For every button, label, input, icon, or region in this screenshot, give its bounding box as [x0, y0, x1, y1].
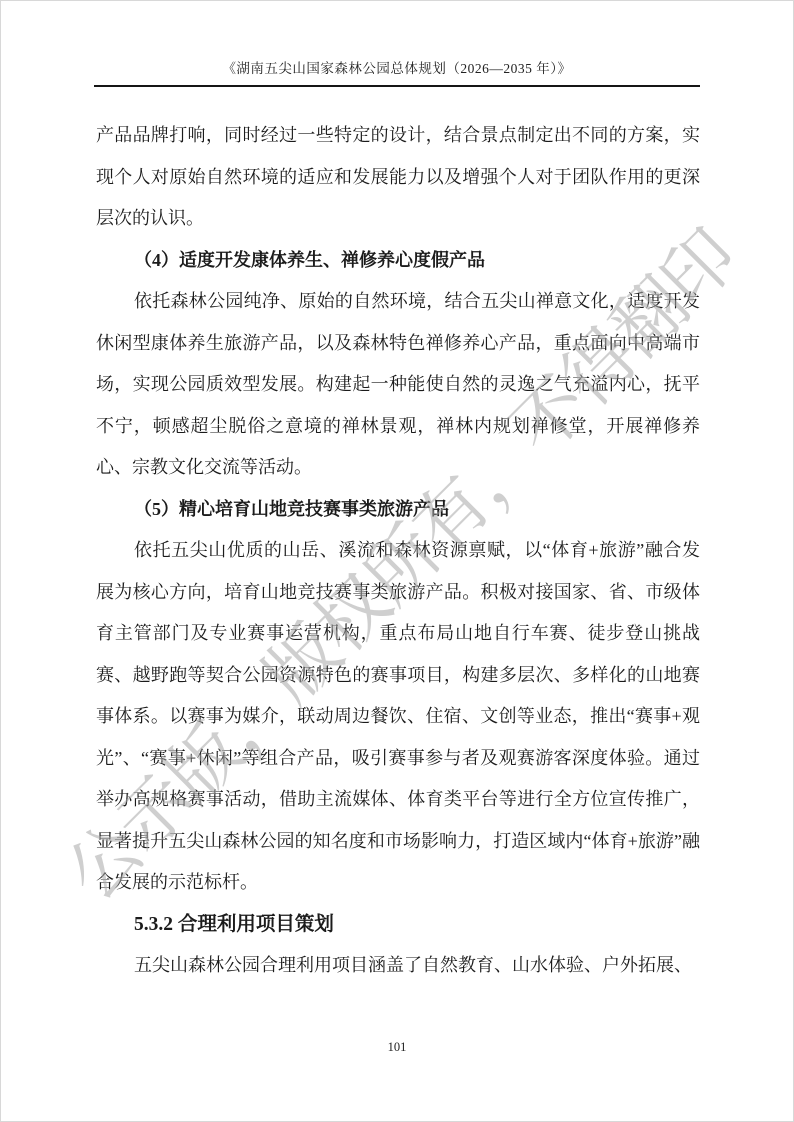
paragraph: 产品品牌打响，同时经过一些特定的设计，结合景点制定出不同的方案，实现个人对原始自… — [96, 115, 700, 240]
header-divider-line — [94, 85, 700, 87]
page-header-title: 《湖南五尖山国家森林公园总体规划（2026—2035 年）》 — [1, 57, 793, 77]
page-number: 101 — [1, 1040, 793, 1055]
document-page: 《湖南五尖山国家森林公园总体规划（2026—2035 年）》 公示版，版权所有，… — [0, 0, 794, 1122]
section-heading: 5.3.2 合理利用项目策划 — [96, 904, 700, 946]
subheading: （5）精心培育山地竞技赛事类旅游产品 — [96, 489, 700, 531]
paragraph: 依托五尖山优质的山岳、溪流和森林资源禀赋，以“体育+旅游”融合发展为核心方向，培… — [96, 530, 700, 904]
subheading: （4）适度开发康体养生、禅修养心度假产品 — [96, 240, 700, 282]
paragraph: 五尖山森林公园合理利用项目涵盖了自然教育、山水体验、户外拓展、 — [96, 945, 700, 987]
paragraph: 依托森林公园纯净、原始的自然环境，结合五尖山禅意文化，适度开发休闲型康体养生旅游… — [96, 281, 700, 489]
document-blocks: 产品品牌打响，同时经过一些特定的设计，结合景点制定出不同的方案，实现个人对原始自… — [96, 115, 700, 987]
